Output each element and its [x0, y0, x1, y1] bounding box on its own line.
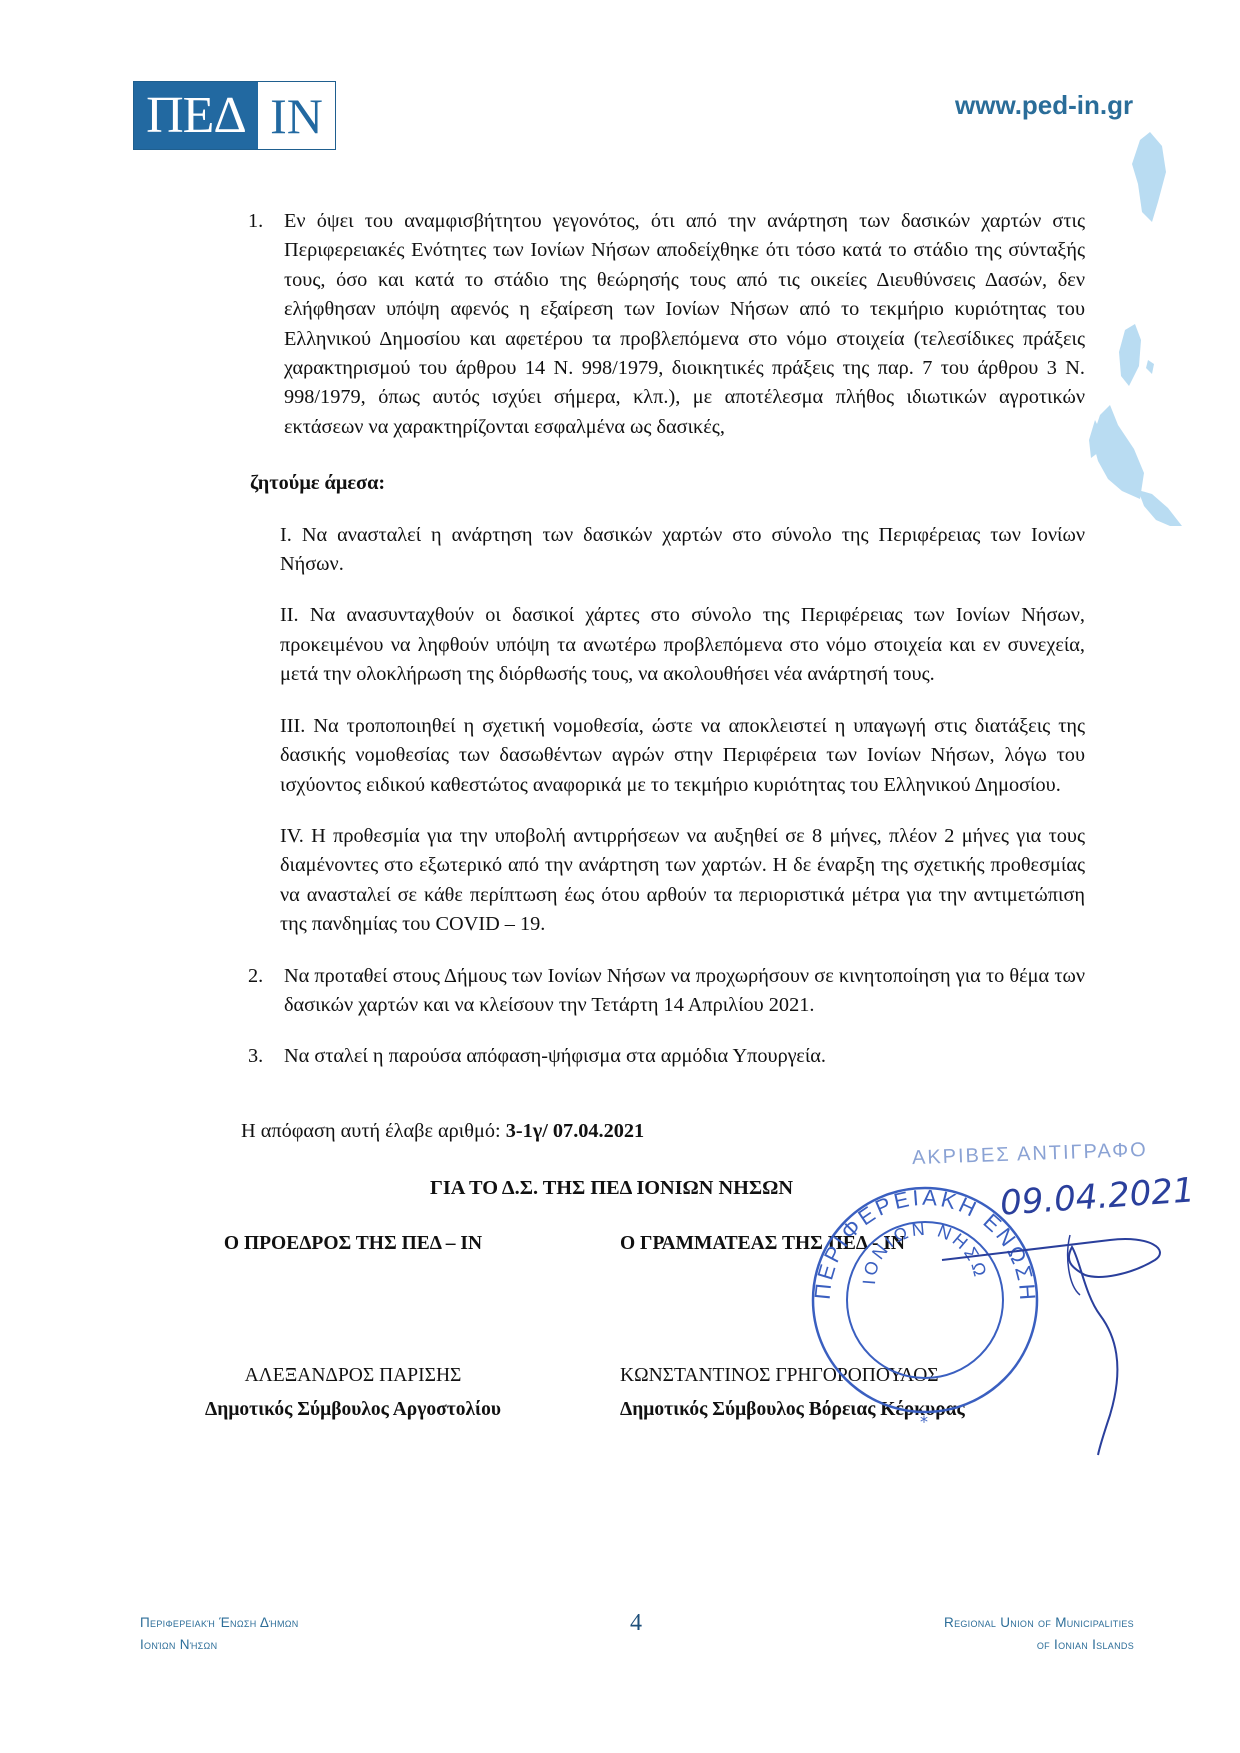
board-heading: ΓΙΑ ΤΟ Δ.Σ. ΤΗΣ ΠΕΔ ΙΟΝΙΩΝ ΝΗΣΩΝ — [430, 1177, 793, 1200]
demand-heading: ζητούμε άμεσα: — [250, 469, 1085, 498]
president-title: Δημοτικός Σύμβουλος Αργοστολίου — [168, 1399, 538, 1421]
item-text: Εν όψει του αναμφισβήτητου γεγονότος, ότ… — [284, 207, 1085, 442]
footer-right-line1: Regional Union of Municipalities — [944, 1612, 1134, 1634]
ped-in-logo: ΠΕΔ ΙΝ — [133, 81, 336, 150]
president-name: ΑΛΕΞΑΝΔΡΟΣ ΠΑΡΙΣΗΣ — [168, 1365, 538, 1387]
president-signature-block: Ο ΠΡΟΕΔΡΟΣ ΤΗΣ ΠΕΔ – ΙΝ ΑΛΕΞΑΝΔΡΟΣ ΠΑΡΙΣ… — [168, 1233, 538, 1421]
handwritten-date: 09.04.2021 — [999, 1170, 1196, 1223]
item-number: 2. — [248, 962, 263, 991]
secretary-signature-block: Ο ΓΡΑΜΜΑΤΕΑΣ ΤΗΣ ΠΕΔ - ΙΝ ΚΩΝΣΤΑΝΤΙΝΟΣ Γ… — [620, 1233, 1040, 1421]
decision-label: Η απόφαση αυτή έλαβε αριθμό: — [241, 1120, 506, 1142]
demand-item-iv: IV. Η προθεσμία για την υποβολή αντιρρήσ… — [280, 822, 1085, 940]
resolution-body: 1. Εν όψει του αναμφισβήτητου γεγονότος,… — [250, 207, 1085, 1072]
decision-number: 3-1γ/ 07.04.2021 — [506, 1120, 645, 1142]
website-url: www.ped-in.gr — [955, 90, 1133, 121]
footer-org-english: Regional Union of Municipalities of Ioni… — [944, 1612, 1134, 1656]
logo-right-text: ΙΝ — [258, 82, 335, 149]
demand-item-i: I. Να ανασταλεί η ανάρτηση των δασικών χ… — [280, 521, 1085, 580]
item-number: 3. — [248, 1042, 263, 1071]
item-number: 1. — [248, 207, 263, 236]
certified-copy-stamp: ΑΚΡΙΒΕΣ ΑΝΤΙΓΡΑΦΟ — [912, 1139, 1148, 1170]
secretary-role: Ο ΓΡΑΜΜΑΤΕΑΣ ΤΗΣ ΠΕΔ - ΙΝ — [620, 1233, 1040, 1255]
secretary-title: Δημοτικός Σύμβουλος Βόρειας Κέρκυρας — [620, 1399, 1040, 1421]
footer-org-greek: Περιφερειακή Ένωση Δήμων Ιονίων Νήσων — [140, 1612, 299, 1656]
page-number: 4 — [630, 1610, 642, 1637]
item-text: Να σταλεί η παρούσα απόφαση-ψήφισμα στα … — [284, 1042, 1085, 1071]
footer-left-line1: Περιφερειακή Ένωση Δήμων — [140, 1612, 299, 1634]
resolution-item-3: 3. Να σταλεί η παρούσα απόφαση-ψήφισμα σ… — [250, 1042, 1085, 1071]
demand-item-ii: II. Να ανασυνταχθούν οι δασικοί χάρτες σ… — [280, 601, 1085, 689]
item-text: Να προταθεί στους Δήμους των Ιονίων Νήσω… — [284, 962, 1085, 1021]
secretary-name: ΚΩΝΣΤΑΝΤΙΝΟΣ ΓΡΗΓΟΡΟΠΟΥΛΟΣ — [620, 1365, 1040, 1387]
demand-item-iii: III. Να τροποποιηθεί η σχετική νομοθεσία… — [280, 712, 1085, 800]
resolution-item-1: 1. Εν όψει του αναμφισβήτητου γεγονότος,… — [250, 207, 1085, 442]
decision-number-line: Η απόφαση αυτή έλαβε αριθμό: 3-1γ/ 07.04… — [241, 1120, 644, 1143]
logo-left-text: ΠΕΔ — [134, 82, 258, 149]
footer-right-line2: of Ionian Islands — [944, 1634, 1134, 1656]
footer-left-line2: Ιονίων Νήσων — [140, 1634, 299, 1656]
president-role: Ο ΠΡΟΕΔΡΟΣ ΤΗΣ ΠΕΔ – ΙΝ — [168, 1233, 538, 1255]
resolution-item-2: 2. Να προταθεί στους Δήμους των Ιονίων Ν… — [250, 962, 1085, 1021]
